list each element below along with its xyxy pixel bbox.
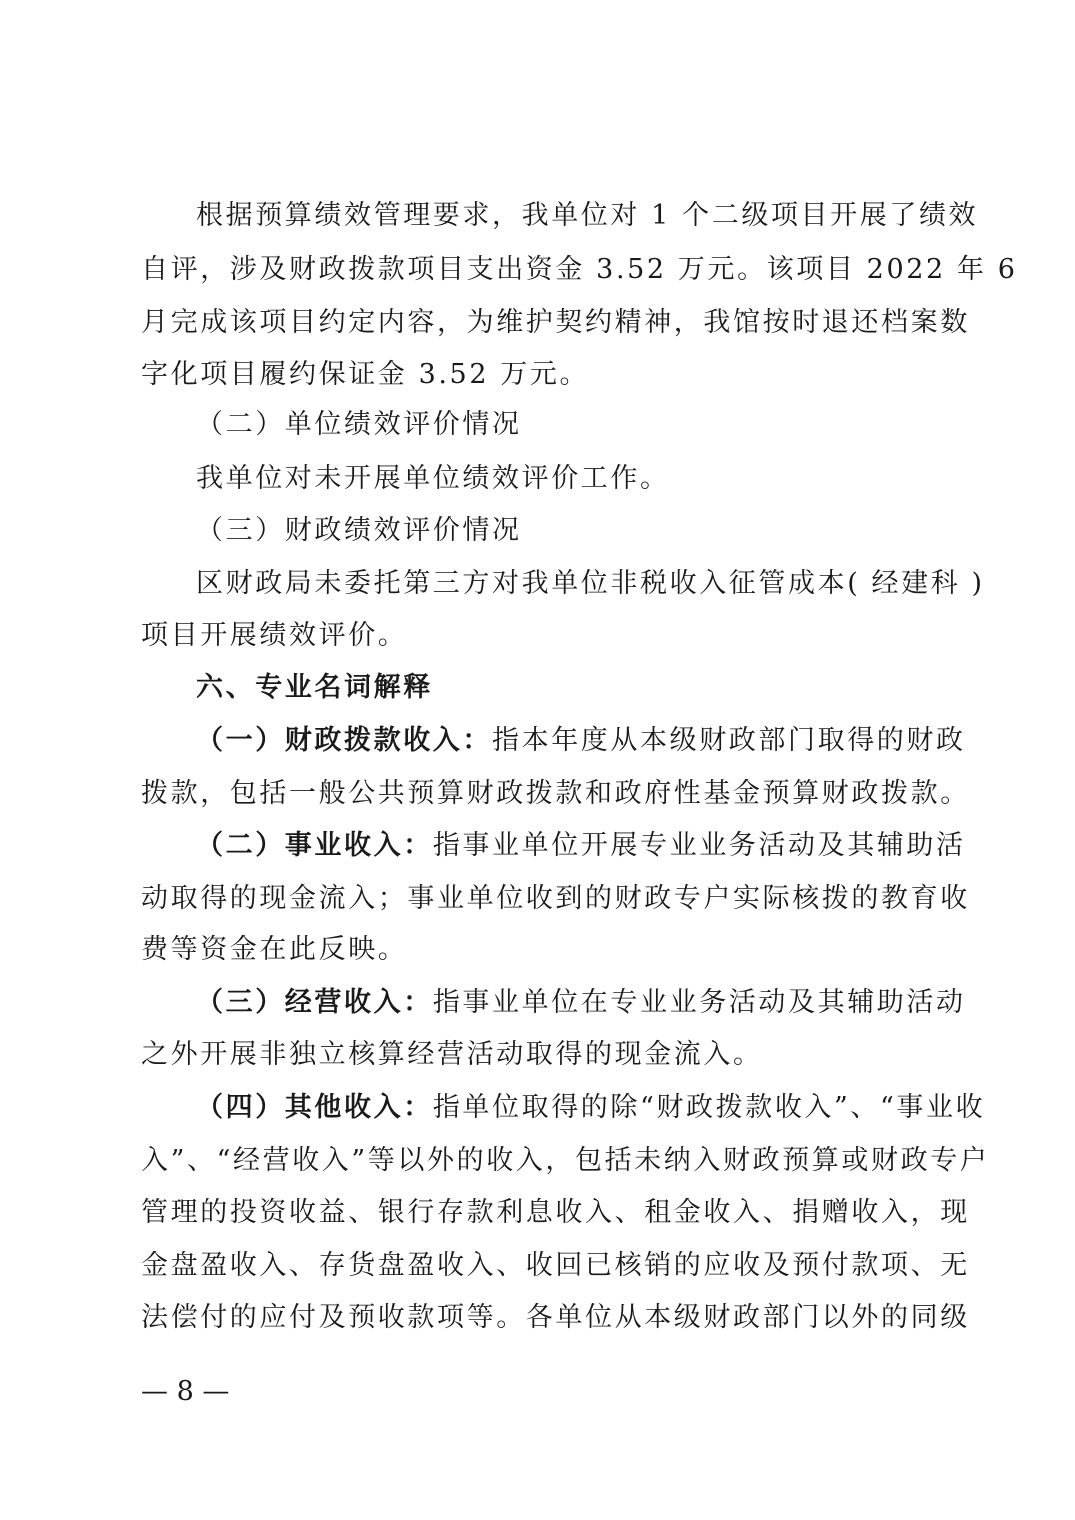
paragraph-line: 法偿付的应付及预收款项等。各单位从本级财政部门以外的同级 (141, 1303, 941, 1333)
section-heading: 六、专业名词解释 (196, 673, 941, 703)
paragraph-line: 月完成该项目约定内容，为维护契约精神，我馆按时退还档案数 (141, 308, 941, 338)
paragraph-line: 自评，涉及财政拨款项目支出资金 3.52 万元。该项目 2022 年 6 (141, 255, 941, 285)
paragraph-line: 我单位对未开展单位绩效评价工作。 (196, 464, 941, 494)
term-text: 指事业单位在专业业务活动及其辅助活动 (433, 987, 966, 1018)
paragraph-line: 管理的投资收益、银行存款利息收入、租金收入、捐赠收入，现 (141, 1198, 941, 1228)
subsection-heading: （二）单位绩效评价情况 (196, 410, 941, 440)
term-line: （二）事业收入：指事业单位开展专业业务活动及其辅助活 (196, 831, 941, 861)
term-line: （一）财政拨款收入：指本年度从本级财政部门取得的财政 (196, 726, 941, 756)
document-page: 根据预算绩效管理要求，我单位对 1 个二级项目开展了绩效 自评，涉及财政拨款项目… (0, 0, 1075, 1520)
term-label: （一）财政拨款收入： (196, 725, 492, 756)
term-text: 指单位取得的除“财政拨款收入”、“事业收 (433, 1092, 985, 1123)
paragraph-line: 区财政局未委托第三方对我单位非税收入征管成本( 经建科 ) (196, 569, 941, 599)
paragraph-line: 拨款，包括一般公共预算财政拨款和政府性基金预算财政拨款。 (141, 779, 941, 809)
paragraph-line: 金盘盈收入、存货盘盈收入、收回已核销的应收及预付款项、无 (141, 1251, 941, 1281)
paragraph-line: 根据预算绩效管理要求，我单位对 1 个二级项目开展了绩效 (196, 201, 941, 231)
term-text: 指本年度从本级财政部门取得的财政 (492, 725, 966, 756)
term-text: 指事业单位开展专业业务活动及其辅助活 (433, 830, 966, 861)
term-line: （三）经营收入：指事业单位在专业业务活动及其辅助活动 (196, 988, 941, 1018)
term-label: （四）其他收入： (196, 1092, 433, 1123)
paragraph-line: 费等资金在此反映。 (141, 935, 941, 965)
paragraph-line: 之外开展非独立核算经营活动取得的现金流入。 (141, 1040, 941, 1070)
page-number: — 8 — (141, 1377, 229, 1407)
term-label: （三）经营收入： (196, 987, 433, 1018)
subsection-heading: （三）财政绩效评价情况 (196, 516, 941, 546)
term-label: （二）事业收入： (196, 830, 433, 861)
paragraph-line: 动取得的现金流入；事业单位收到的财政专户实际核拨的教育收 (141, 884, 941, 914)
paragraph-line: 入”、“经营收入”等以外的收入，包括未纳入财政预算或财政专户 (141, 1146, 941, 1176)
paragraph-line: 字化项目履约保证金 3.52 万元。 (141, 360, 941, 390)
term-line: （四）其他收入：指单位取得的除“财政拨款收入”、“事业收 (196, 1093, 941, 1123)
paragraph-line: 项目开展绩效评价。 (141, 621, 941, 651)
